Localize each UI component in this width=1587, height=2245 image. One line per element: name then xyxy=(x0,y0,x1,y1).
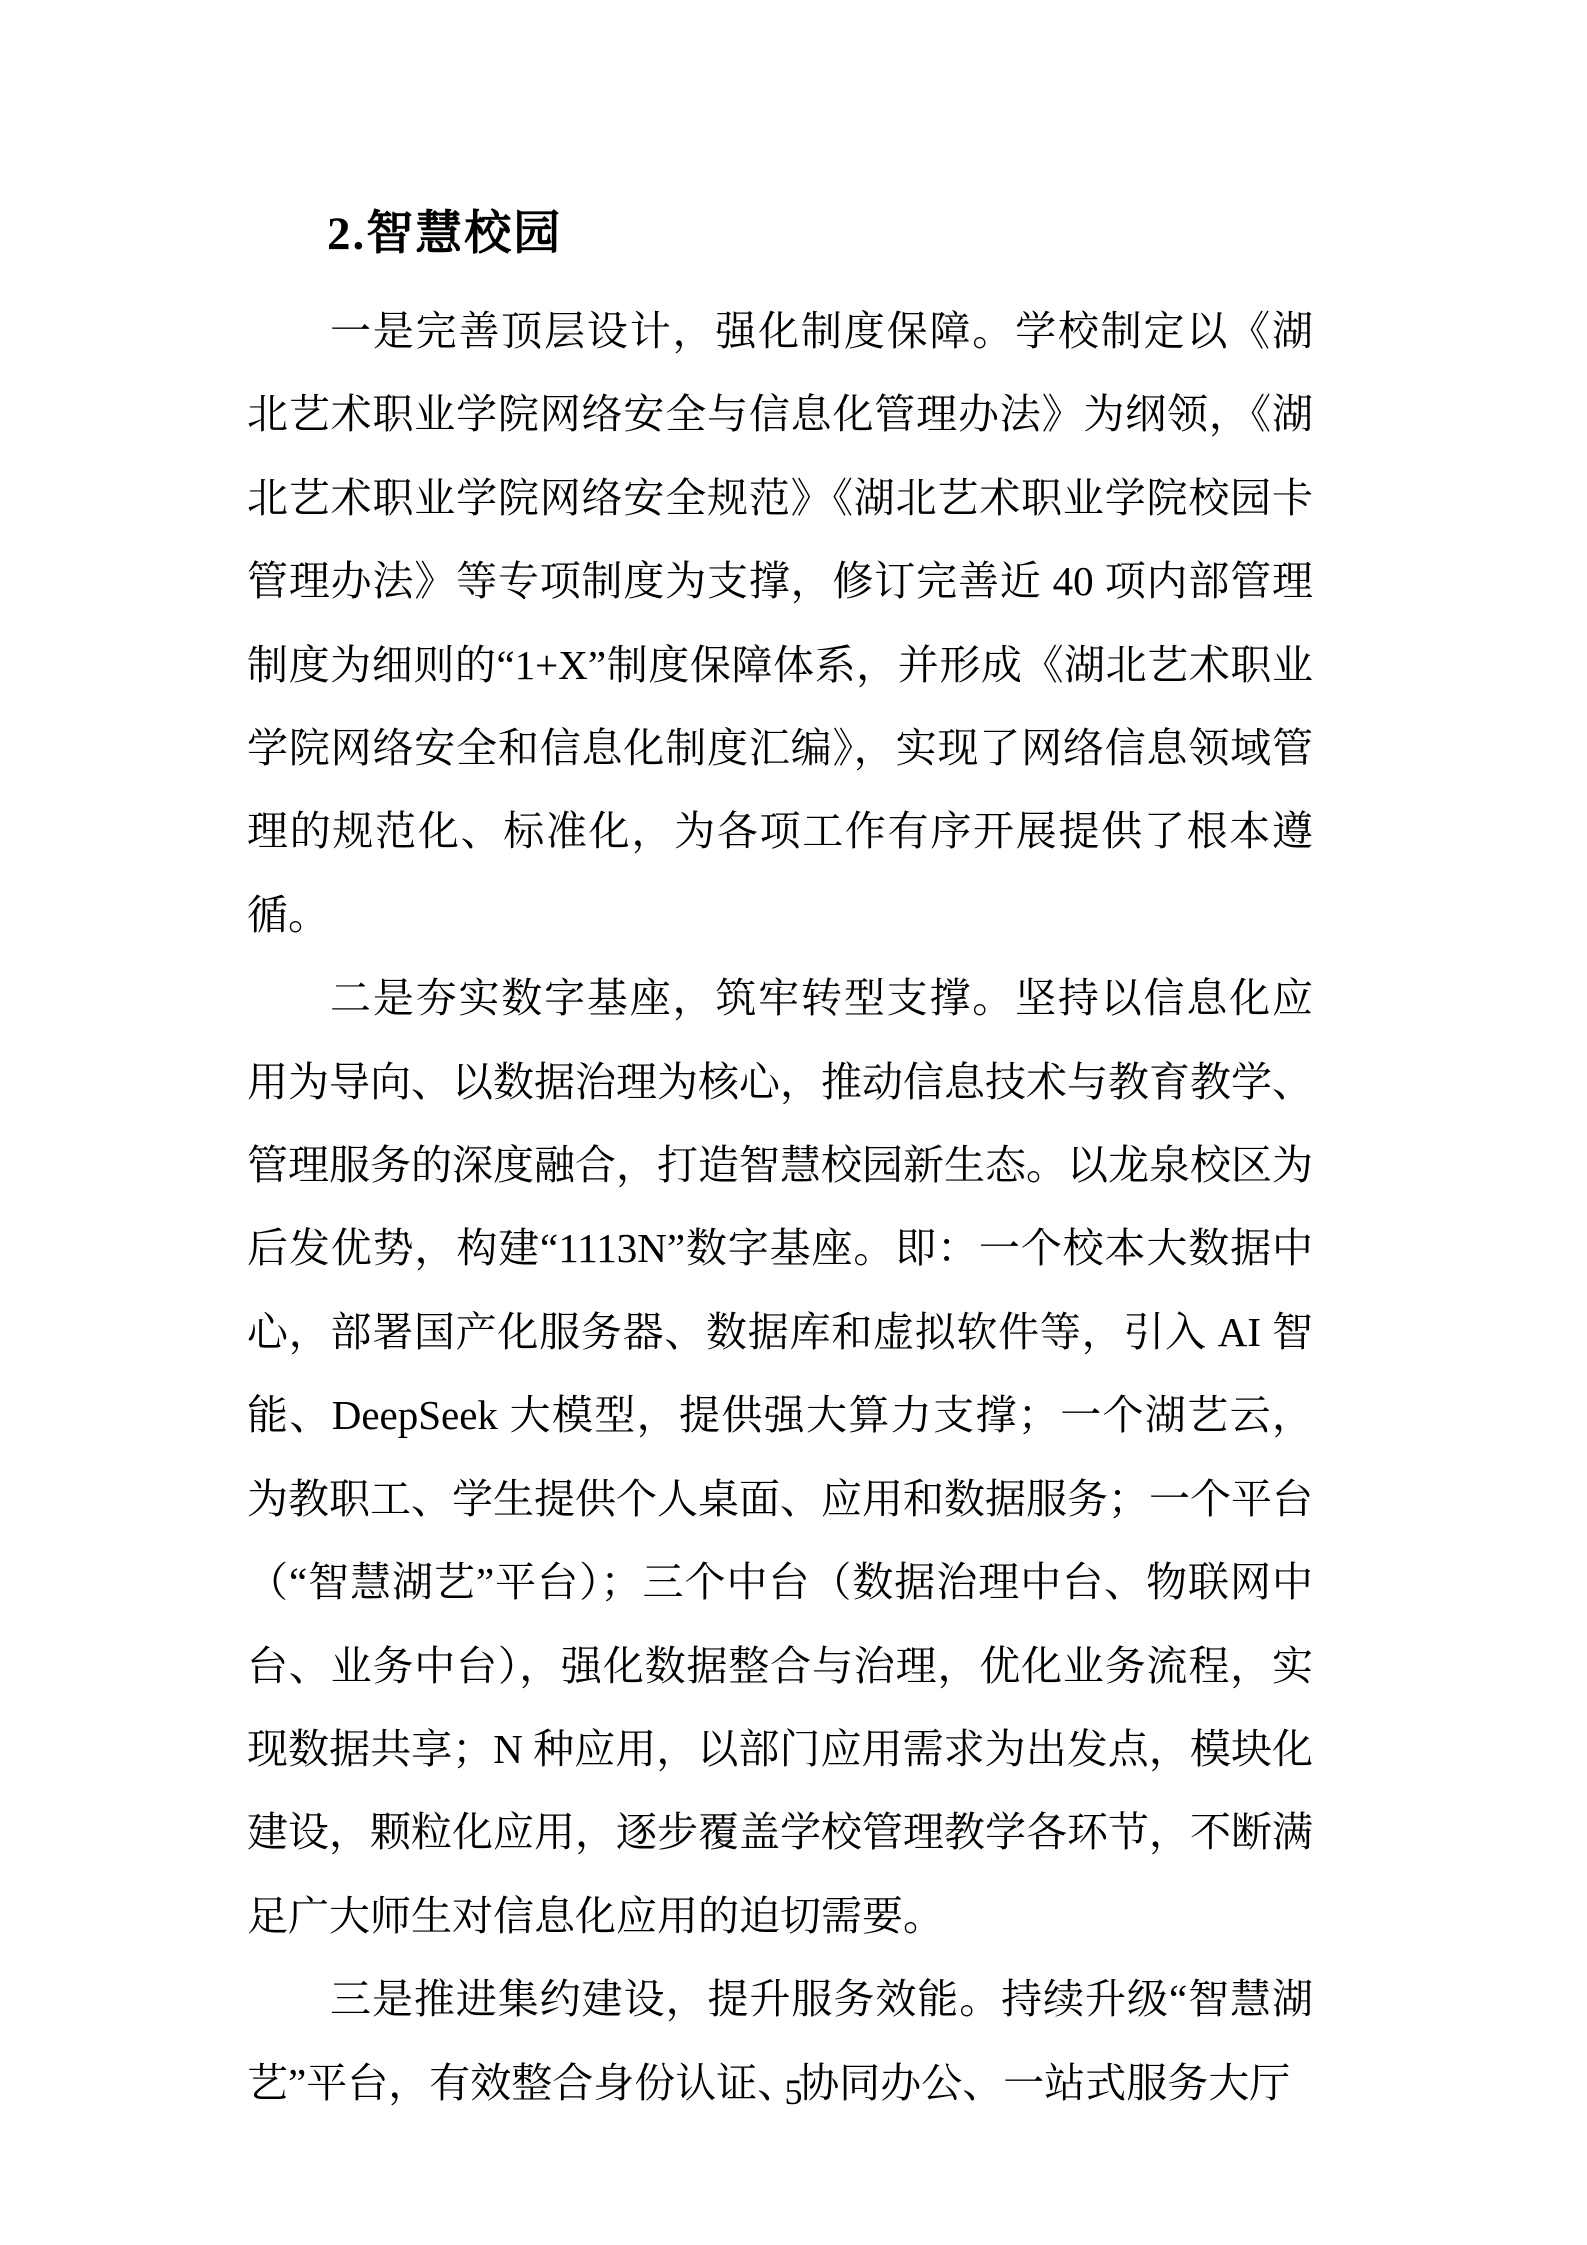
document-body: 2.智慧校园 一是完善顶层设计，强化制度保障。学校制定以《湖北艺术职业学院网络安… xyxy=(247,194,1313,2125)
document-page: 2.智慧校园 一是完善顶层设计，强化制度保障。学校制定以《湖北艺术职业学院网络安… xyxy=(0,0,1587,2245)
page-number: 5 xyxy=(0,2072,1587,2112)
section-heading: 2.智慧校园 xyxy=(247,194,1313,274)
paragraph-digital-base: 二是夯实数字基座，筑牢转型支撑。坚持以信息化应用为导向、以数据治理为核心，推动信… xyxy=(247,957,1313,1958)
paragraph-top-level-design: 一是完善顶层设计，强化制度保障。学校制定以《湖北艺术职业学院网络安全与信息化管理… xyxy=(247,290,1313,957)
